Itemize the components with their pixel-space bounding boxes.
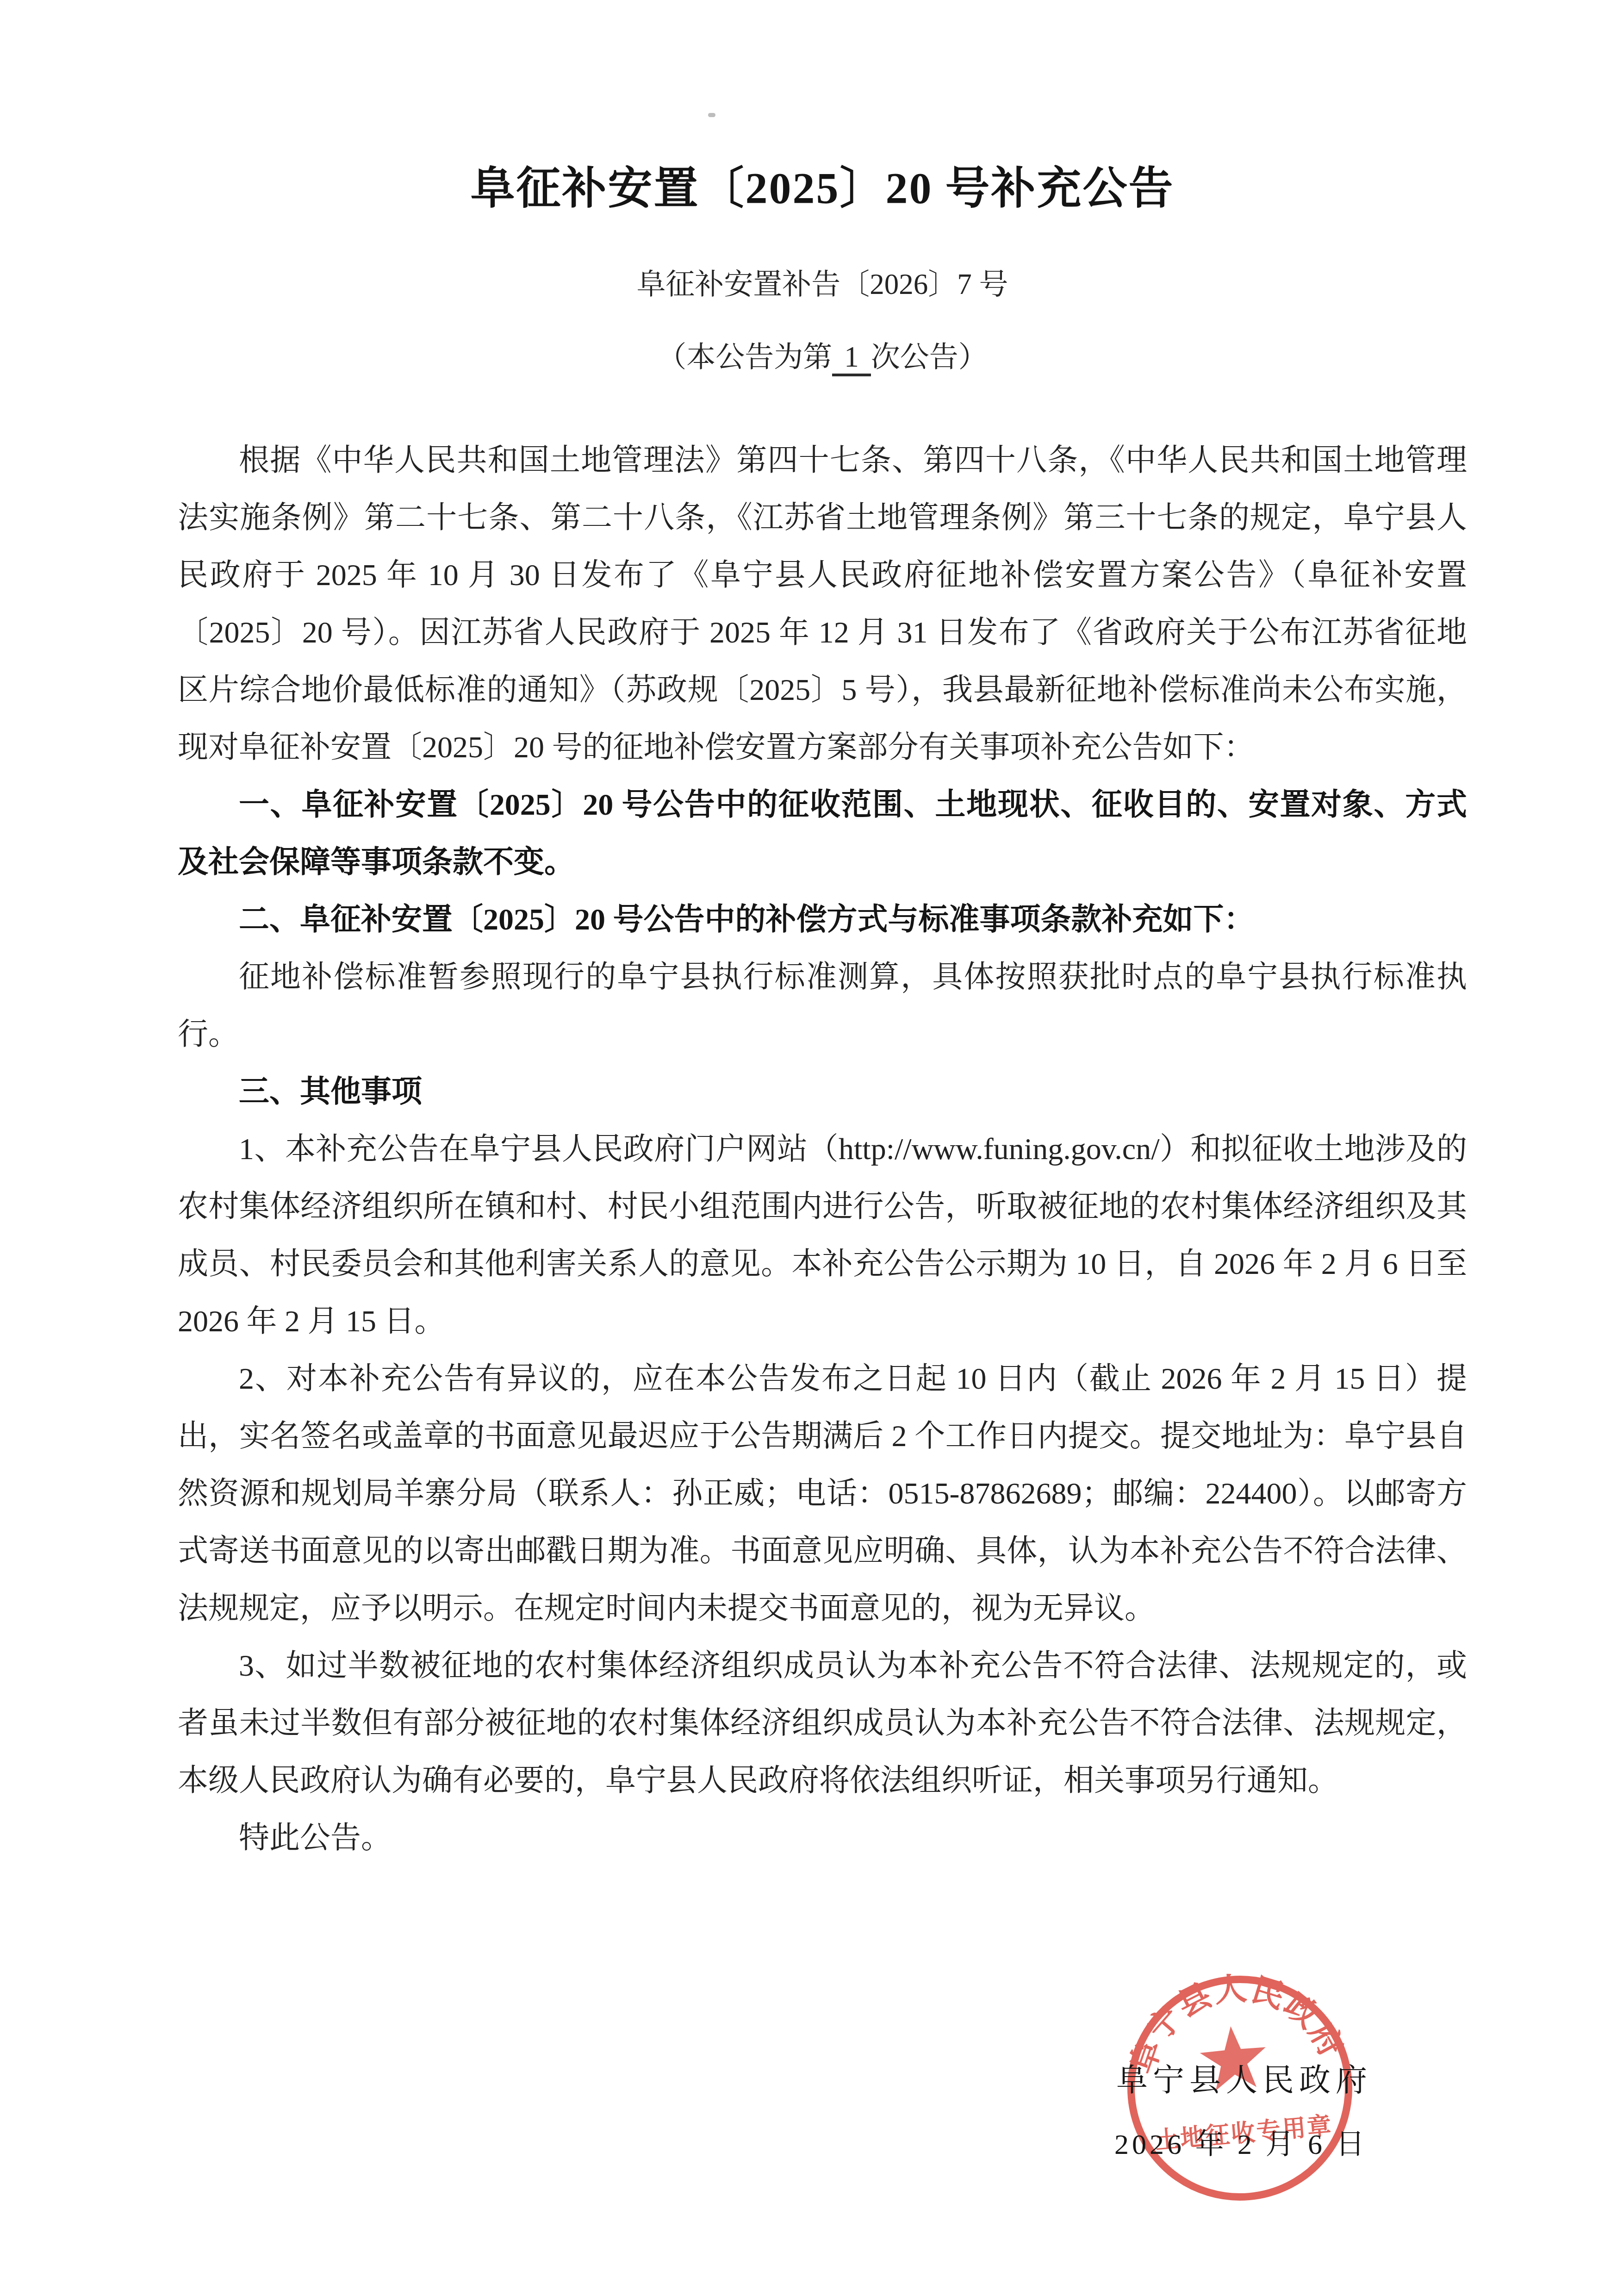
page-title: 阜征补安置〔2025〕20 号补充公告 [178, 153, 1467, 216]
notice-round-line: （本公告为第1次公告） [178, 333, 1467, 376]
paragraph: 根据《中华人民共和国土地管理法》第四十七条、第四十八条，《中华人民共和国土地管理… [178, 432, 1467, 776]
scanned-announcement-page: 阜征补安置〔2025〕20 号补充公告 阜征补安置补告〔2026〕7 号 （本公… [0, 0, 1623, 2296]
paragraph: 1、本补充公告在阜宁县人民政府门户网站（http://www.funing.go… [178, 1121, 1467, 1350]
paragraph: 特此公告。 [178, 1809, 1467, 1867]
paragraph-bold: 二、阜征补安置〔2025〕20 号公告中的补偿方式与标准事项条款补充如下： [178, 891, 1467, 948]
paragraph: 2、对本补充公告有异议的，应在本公告发布之日起 10 日内（截止 2026 年 … [178, 1350, 1467, 1637]
announcement-document: 阜征补安置〔2025〕20 号补充公告 阜征补安置补告〔2026〕7 号 （本公… [178, 153, 1467, 1867]
signature-date: 2026 年 2 月 6 日 [1114, 2121, 1368, 2162]
notice-round-suffix: 次公告） [871, 341, 988, 373]
signature-name: 阜宁县人民政府 [1116, 2055, 1372, 2100]
paragraph-bold: 一、阜征补安置〔2025〕20 号公告中的征收范围、土地现状、征收目的、安置对象… [178, 776, 1467, 891]
paragraph-bold: 三、其他事项 [178, 1063, 1467, 1121]
announcement-body: 根据《中华人民共和国土地管理法》第四十七条、第四十八条，《中华人民共和国土地管理… [178, 432, 1467, 1867]
notice-round-number: 1 [832, 343, 871, 376]
document-number: 阜征补安置补告〔2026〕7 号 [178, 261, 1467, 303]
paragraph: 3、如过半数被征地的农村集体经济组织成员认为本补充公告不符合法律、法规规定的，或… [178, 1637, 1467, 1809]
notice-round-prefix: （本公告为第 [657, 341, 832, 373]
paragraph: 征地补偿标准暂参照现行的阜宁县执行标准测算，具体按照获批时点的阜宁县执行标准执行… [178, 948, 1467, 1063]
scan-speck-artifact [708, 113, 715, 117]
